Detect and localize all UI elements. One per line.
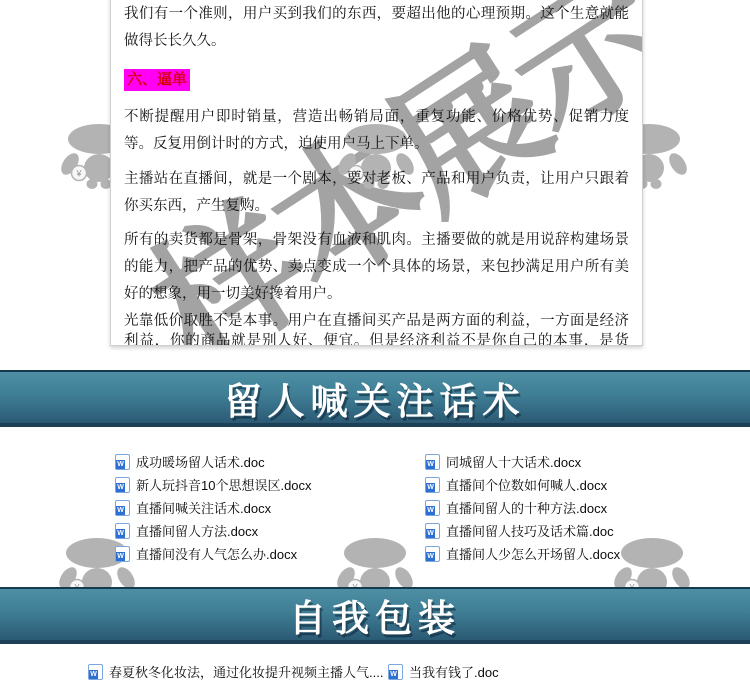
file-list-bottom-row: W 春夏秋冬化妆法，通过化妆提升视频主播人气.... W 当我有钱了.doc — [88, 660, 688, 683]
file-link[interactable]: W 新人玩抖音10个思想误区.docx — [115, 473, 425, 496]
file-link[interactable]: W 直播间个位数如何喊人.docx — [425, 473, 735, 496]
file-list-section: W 成功暖场留人话术.doc W 新人玩抖音10个思想误区.docx W 直播间… — [115, 450, 735, 565]
file-link[interactable]: W 同城留人十大话术.docx — [425, 450, 735, 473]
word-doc-icon: W — [115, 454, 130, 470]
word-doc-icon: W — [425, 477, 440, 493]
file-link[interactable]: W 直播间喊关注话术.docx — [115, 496, 425, 519]
doc-section-heading: 六、逼单 — [124, 69, 190, 91]
file-name: 当我有钱了.doc — [409, 662, 499, 681]
word-doc-icon: W — [115, 523, 130, 539]
word-doc-icon: W — [425, 523, 440, 539]
file-name: 直播间没有人气怎么办.docx — [136, 544, 297, 563]
file-list-left-column: W 成功暖场留人话术.doc W 新人玩抖音10个思想误区.docx W 直播间… — [115, 450, 425, 565]
svg-text:¥: ¥ — [75, 169, 82, 179]
section-banner-title: 自我包装 — [289, 588, 461, 642]
file-name: 直播间留人技巧及话术篇.doc — [446, 521, 614, 540]
file-link[interactable]: W 春夏秋冬化妆法，通过化妆提升视频主播人气.... — [88, 660, 388, 683]
file-link[interactable]: W 直播间留人技巧及话术篇.doc — [425, 519, 735, 542]
doc-paragraph: 不断提醒用户即时销量，营造出畅销局面，重复功能、价格优势、促销力度等。反复用倒计… — [124, 104, 629, 158]
doc-paragraph: 主播站在直播间，就是一个剧本，要对老板、产品和用户负责，让用户只跟着你买东西，产… — [124, 166, 629, 220]
word-doc-icon: W — [388, 664, 403, 680]
word-doc-icon: W — [115, 500, 130, 516]
file-name: 直播间人少怎么开场留人.docx — [446, 544, 620, 563]
file-name: 直播间留人的十种方法.docx — [446, 498, 607, 517]
file-link[interactable]: W 直播间没有人气怎么办.docx — [115, 542, 425, 565]
document-body: 我们有一个准则，用户买到我们的东西，要超出他的心理预期。这个生意就能做得长长久久… — [111, 0, 642, 346]
file-name: 成功暖场留人话术.doc — [136, 452, 265, 471]
file-name: 直播间留人方法.docx — [136, 521, 258, 540]
word-doc-icon: W — [425, 500, 440, 516]
file-name: 春夏秋冬化妆法，通过化妆提升视频主播人气.... — [109, 662, 383, 681]
section-banner-keep-audience: 留人喊关注话术 — [0, 370, 750, 427]
file-link[interactable]: W 当我有钱了.doc — [388, 660, 688, 683]
section-banner-self-packaging: 自我包装 — [0, 587, 750, 644]
file-name: 新人玩抖音10个思想误区.docx — [136, 475, 312, 494]
word-doc-icon: W — [115, 477, 130, 493]
file-name: 同城留人十大话术.docx — [446, 452, 581, 471]
file-link[interactable]: W 直播间留人方法.docx — [115, 519, 425, 542]
doc-paragraph: 所有的卖货都是骨架，骨架没有血液和肌肉。主播要做的就是用说辞构建场景的能力，把产… — [124, 227, 629, 308]
file-link[interactable]: W 直播间留人的十种方法.docx — [425, 496, 735, 519]
word-doc-icon: W — [88, 664, 103, 680]
file-name: 直播间个位数如何喊人.docx — [446, 475, 607, 494]
doc-paragraph: 我们有一个准则，用户买到我们的东西，要超出他的心理预期。这个生意就能做得长长久久… — [124, 1, 629, 55]
doc-paragraph: 光靠低价取胜不是本事。用户在直播间买产品是两方面的利益，一方面是经济利益，你的商… — [124, 311, 629, 346]
word-doc-icon: W — [115, 546, 130, 562]
file-name: 直播间喊关注话术.docx — [136, 498, 271, 517]
word-doc-icon: W — [425, 546, 440, 562]
section-banner-title: 留人喊关注话术 — [225, 371, 526, 425]
file-link[interactable]: W 成功暖场留人话术.doc — [115, 450, 425, 473]
file-link[interactable]: W 直播间人少怎么开场留人.docx — [425, 542, 735, 565]
file-list-right-column: W 同城留人十大话术.docx W 直播间个位数如何喊人.docx W 直播间留… — [425, 450, 735, 565]
document-preview-page: 样本展示 ¥ 我们有一个准则，用户买到我们的东西，要超出他的心理预期。这个生意就… — [110, 0, 643, 346]
word-doc-icon: W — [425, 454, 440, 470]
